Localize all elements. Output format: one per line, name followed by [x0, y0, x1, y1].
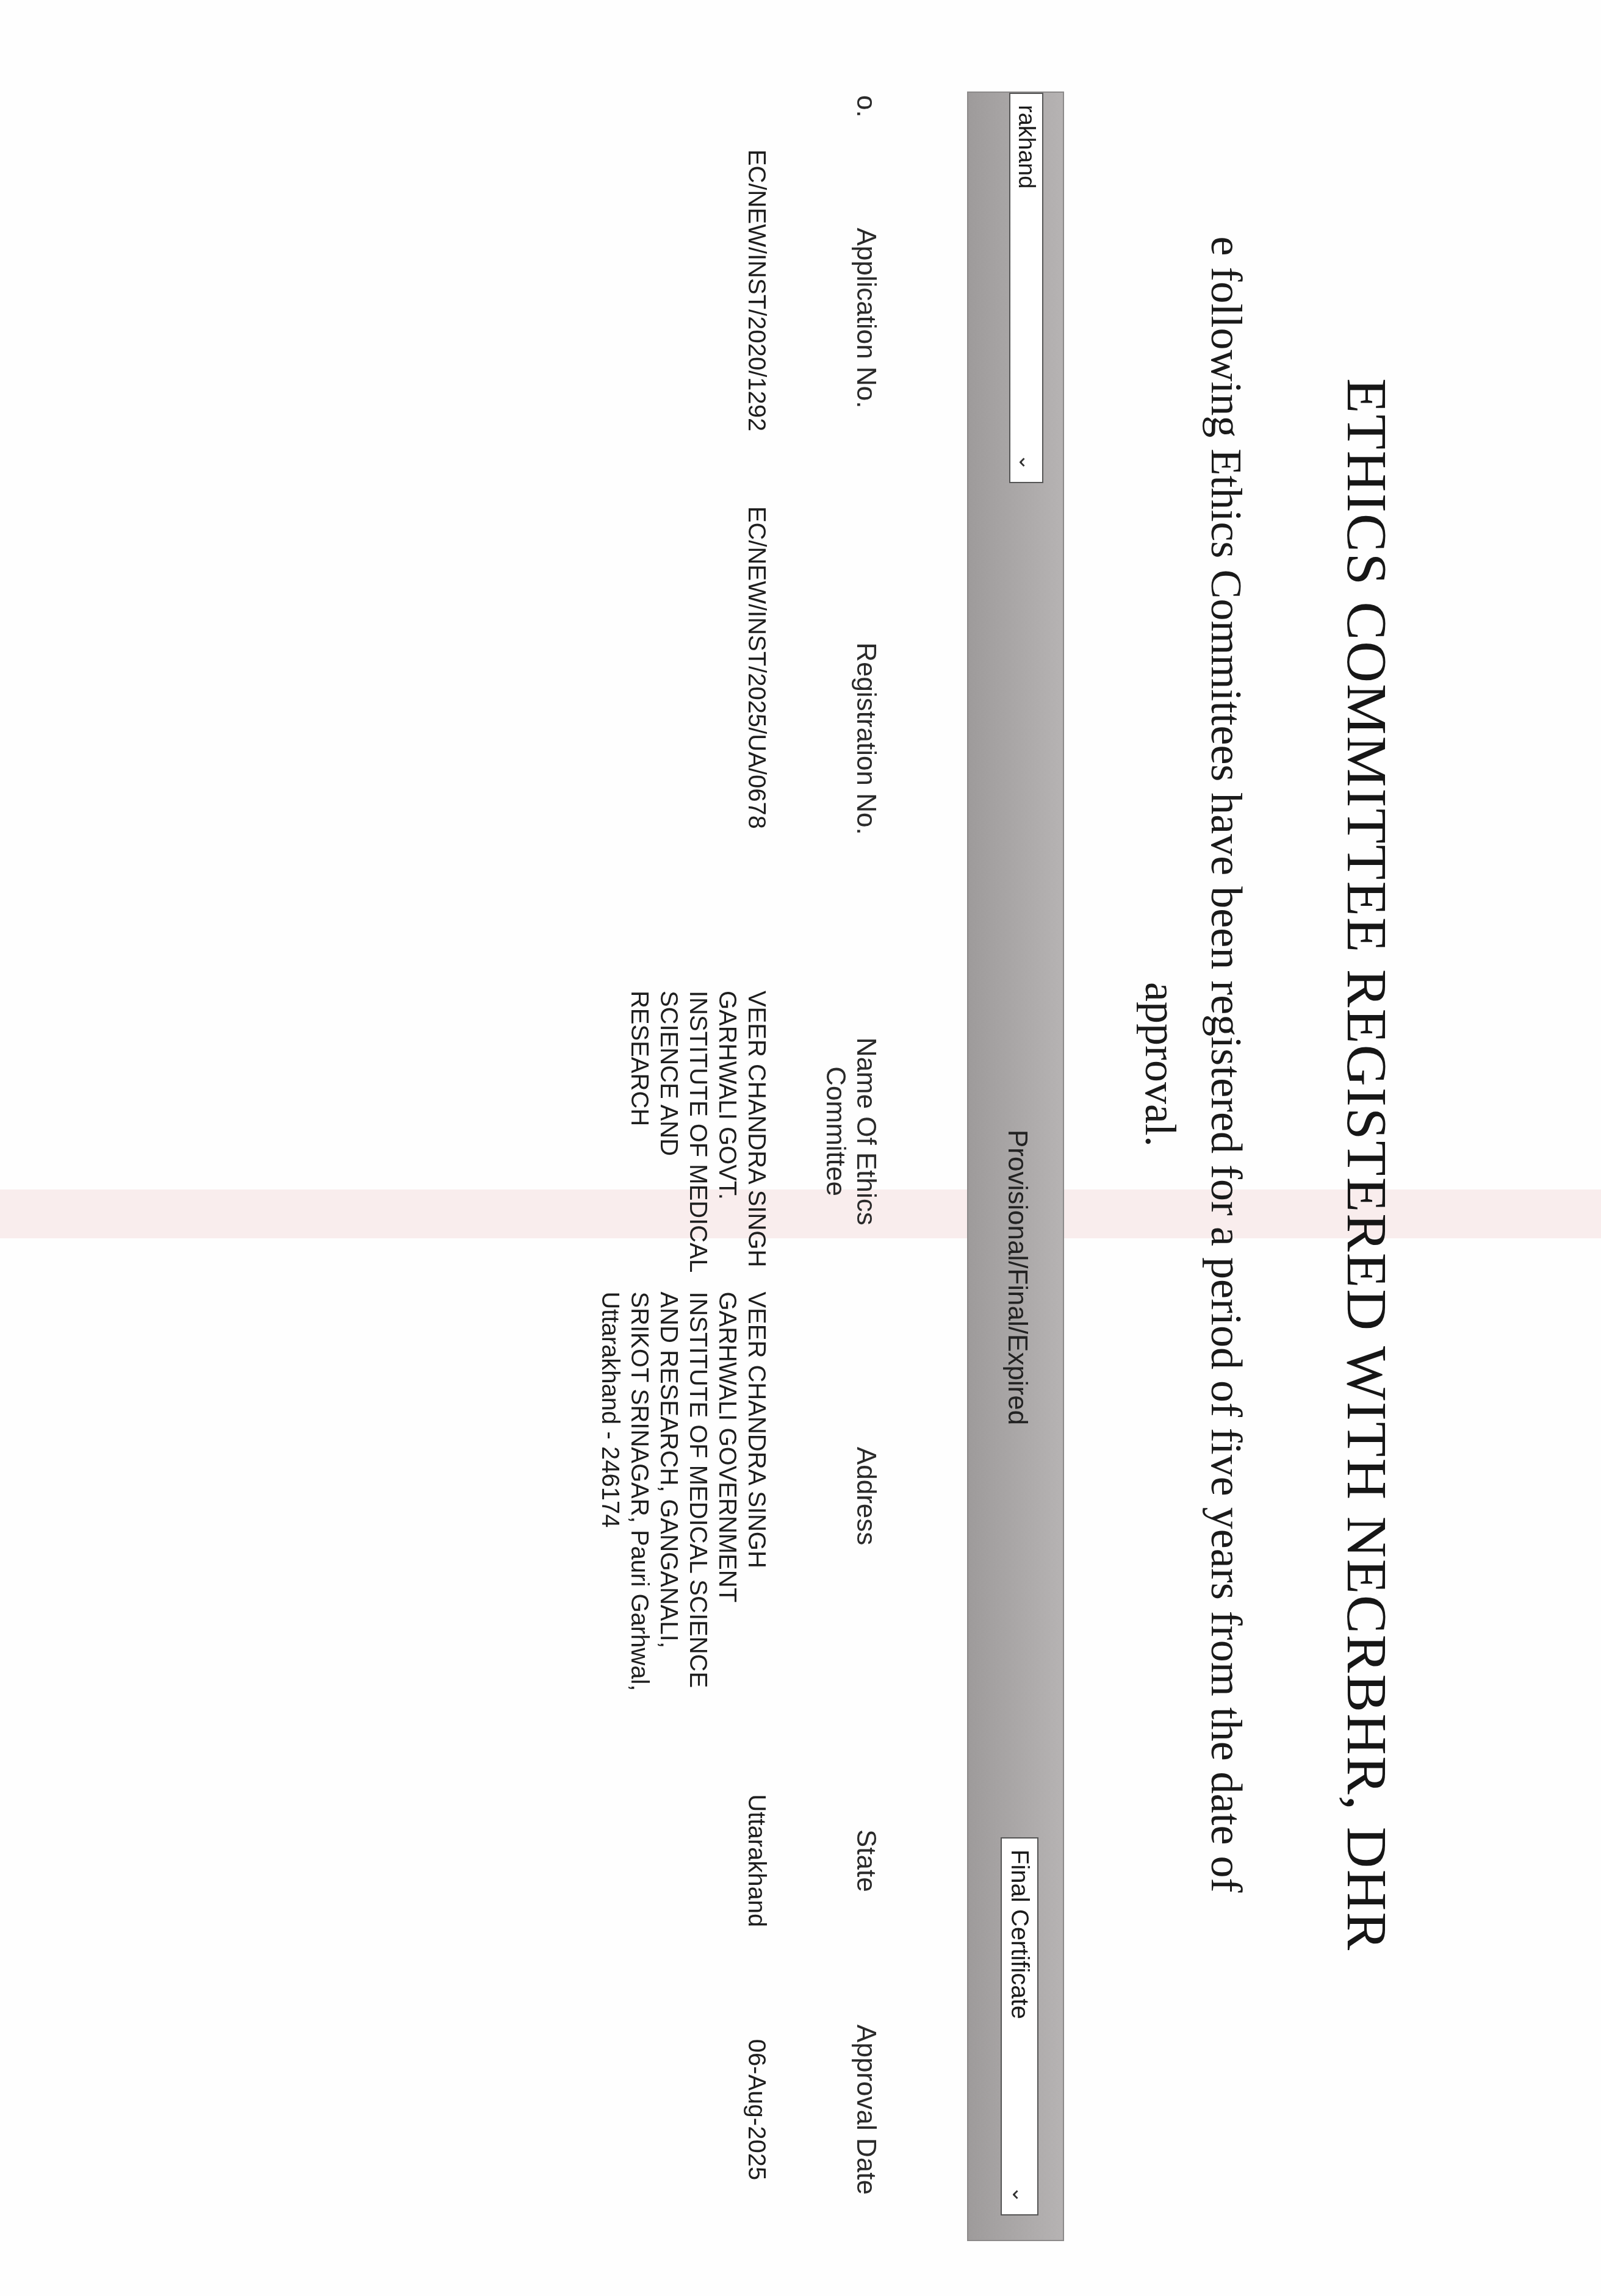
chevron-down-icon: ⌄	[1007, 2186, 1032, 2204]
table-row: EC/NEW/INST/2020/1292 EC/NEW/INST/2025/U…	[559, 73, 808, 2208]
header-no: o.	[808, 73, 893, 140]
ethics-committee-table: o. Application No. Registration No. Name…	[559, 73, 893, 2208]
header-committee-name: Name Of Ethics Committee	[808, 981, 893, 1282]
filter-bar: rakhand ⌄ Provisional/Final/Expired Fina…	[967, 91, 1064, 2241]
cell-approval-date: 06-Aug-2025	[559, 2011, 808, 2208]
cell-state: Uttarakhand	[559, 1710, 808, 2011]
cell-address: VEER CHANDRA SINGH GARHWALI GOVERNMENT I…	[559, 1282, 808, 1710]
state-select-value: rakhand	[1013, 105, 1040, 188]
cell-registration-no: EC/NEW/INST/2025/UA/0678	[559, 497, 808, 981]
page-title: ETHICS COMMITTEE REGISTERED WITH NECRBHR…	[1334, 378, 1400, 2025]
status-filter-label: Provisional/Final/Expired	[1002, 1130, 1032, 1425]
state-select[interactable]: rakhand ⌄	[1009, 93, 1043, 483]
cell-no	[559, 73, 808, 140]
chevron-down-icon: ⌄	[1014, 454, 1038, 472]
table-header-row: o. Application No. Registration No. Name…	[808, 73, 893, 2208]
header-approval-date: Approval Date	[808, 2011, 893, 2208]
cell-committee-name: VEER CHANDRA SINGH GARHWALI GOVT. INSTIT…	[559, 981, 808, 1282]
intro-text: e following Ethics Committees have been …	[1128, 165, 1259, 1964]
document-page: ETHICS COMMITTEE REGISTERED WITH NECRBHR…	[0, 0, 1601, 2296]
certificate-select-value: Final Certificate	[1006, 1849, 1034, 2019]
cell-application-no: EC/NEW/INST/2020/1292	[559, 140, 808, 497]
header-state: State	[808, 1710, 893, 2011]
header-application-no: Application No.	[808, 140, 893, 497]
certificate-select[interactable]: Final Certificate ⌄	[1001, 1837, 1038, 2215]
header-address: Address	[808, 1282, 893, 1710]
header-registration-no: Registration No.	[808, 497, 893, 981]
